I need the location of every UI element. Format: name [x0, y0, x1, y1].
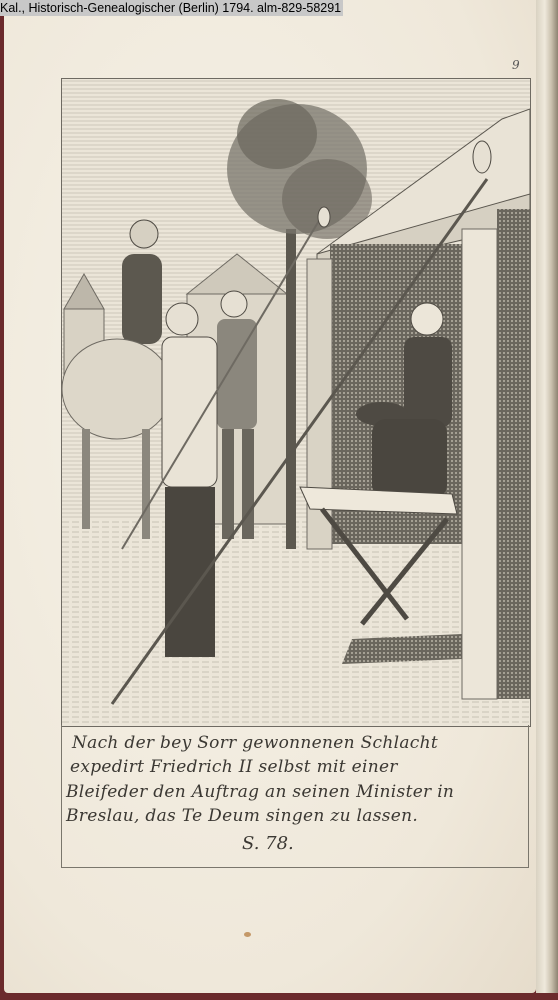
book-cover-edge [0, 993, 558, 1000]
caption-box: Nach der bey Sorr gewonnenen Schlacht ex… [61, 725, 529, 868]
engraving-scene [62, 79, 530, 726]
caption-line-4: Breslau, das Te Deum singen zu lassen. [66, 806, 532, 826]
caption-line-2: expedirt Friedrich II selbst mit einer [70, 757, 536, 777]
page-number: 9 [512, 58, 520, 72]
caption-line-1: Nach der bey Sorr gewonnenen Schlacht [72, 733, 538, 753]
page-reference: S. 78. [242, 833, 294, 854]
caption-line-3: Bleifeder den Auftrag an seinen Minister… [66, 782, 532, 802]
image-source-label: Kal., Historisch-Genealogischer (Berlin)… [0, 0, 343, 16]
paper-stain [244, 932, 251, 937]
book-edge [536, 0, 558, 1000]
engraving-illustration [61, 78, 531, 727]
book-page: 9 [4, 0, 536, 993]
